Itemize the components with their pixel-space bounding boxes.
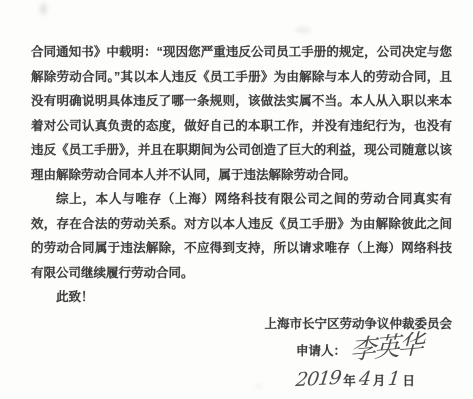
year-unit-label: 年	[340, 368, 359, 395]
day-unit-label: 日	[399, 368, 418, 395]
closing-block: 上海市长宁区劳动争议仲裁委员会 申请人：李英华 2019年4月1日	[31, 311, 452, 398]
applicant-label: 申请人：	[296, 344, 346, 358]
salute-line: 此致！	[31, 285, 452, 310]
document-body: 合同通知书》中载明：“现因您严重违反公司员工手册的规定，公司决定与您解除劳动合同…	[31, 40, 452, 398]
scanned-document-page: 合同通知书》中载明：“现因您严重违反公司员工手册的规定，公司决定与您解除劳动合同…	[0, 0, 473, 399]
paragraph-continuation: 合同通知书》中载明：“现因您严重违反公司员工手册的规定，公司决定与您解除劳动合同…	[31, 40, 452, 187]
scan-smudge	[295, 27, 311, 33]
paragraph-summary: 综上，本人与唯存（上海）网络科技有限公司之间的劳动合同真实有效，存在合法的劳动关…	[31, 187, 452, 285]
date-year-handwritten: 2019	[294, 365, 342, 394]
applicant-signature-handwriting: 李英华	[350, 331, 422, 364]
scan-smudge	[40, 3, 47, 15]
date-line: 2019年4月1日	[31, 368, 452, 398]
applicant-line: 申请人：李英华	[31, 338, 452, 368]
